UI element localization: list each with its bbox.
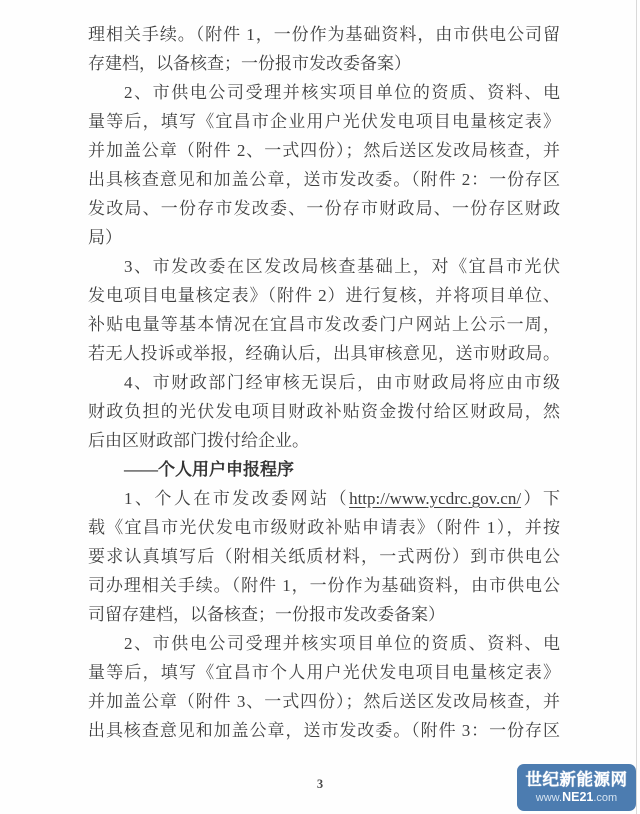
text-segment: 存建档，以备核查；一份报市发改委备案） bbox=[88, 54, 411, 73]
text-segment: 2、市供电公司受理并核实项目单位的资质、资料、电 bbox=[124, 634, 560, 653]
site-watermark-badge: 世纪新能源网 www.NE21.com bbox=[517, 764, 636, 811]
text-line: 司留存建档，以备核查；一份报市发改委备案） bbox=[88, 600, 560, 629]
hyperlink-url[interactable]: http://www.ycdrc.gov.cn/ bbox=[349, 489, 521, 508]
text-segment: 发电项目电量核定表》（附件 2）进行复核，并将项目单位、 bbox=[88, 286, 560, 305]
text-segment: 出具核查意见和加盖公章，送市发改委。（附件 3：一份存区 bbox=[88, 721, 560, 740]
text-segment: 量等后，填写《宜昌市企业用户光伏发电项目电量核定表》 bbox=[88, 112, 560, 131]
watermark-site-name: 世纪新能源网 bbox=[526, 771, 628, 790]
text-line: 2、市供电公司受理并核实项目单位的资质、资料、电 bbox=[88, 629, 560, 658]
text-line: 并加盖公章（附件 3、一式四份）；然后送区发改局核查，并 bbox=[88, 687, 560, 716]
text-segment: 理相关手续。（附件 1，一份作为基础资料，由市供电公司留 bbox=[88, 25, 560, 44]
text-segment: 2、市供电公司受理并核实项目单位的资质、资料、电 bbox=[124, 83, 560, 102]
text-line: 发电项目电量核定表》（附件 2）进行复核，并将项目单位、 bbox=[88, 281, 560, 310]
text-segment: 发改局、一份存市发改委、一份存市财政局、一份存区财政 bbox=[88, 199, 560, 218]
scanned-document-page: 理相关手续。（附件 1，一份作为基础资料，由市供电公司留存建档，以备核查；一份报… bbox=[0, 0, 640, 814]
text-line: 2、市供电公司受理并核实项目单位的资质、资料、电 bbox=[88, 78, 560, 107]
document-text-block: 理相关手续。（附件 1，一份作为基础资料，由市供电公司留存建档，以备核查；一份报… bbox=[88, 20, 560, 745]
text-line: 量等后，填写《宜昌市企业用户光伏发电项目电量核定表》 bbox=[88, 107, 560, 136]
text-segment: 并加盖公章（附件 2、一式四份）；然后送区发改局核查，并 bbox=[88, 141, 560, 160]
watermark-site-url: www.NE21.com bbox=[536, 790, 617, 805]
text-line: 存建档，以备核查；一份报市发改委备案） bbox=[88, 49, 560, 78]
text-line: 4、市财政部门经审核无误后，由市财政局将应由市级 bbox=[88, 368, 560, 397]
text-line: 3、市发改委在区发改局核查基础上，对《宜昌市光伏 bbox=[88, 252, 560, 281]
text-line: 后由区财政部门拨付给企业。 bbox=[88, 426, 560, 455]
text-segment: 出具核查意见和加盖公章，送市发改委。（附件 2：一份存区 bbox=[88, 170, 560, 189]
watermark-url-tld: .com bbox=[593, 792, 617, 804]
scan-edge-line bbox=[636, 0, 637, 814]
text-line: 并加盖公章（附件 2、一式四份）；然后送区发改局核查，并 bbox=[88, 136, 560, 165]
text-line: 司办理相关手续。（附件 1，一份作为基础资料，由市供电公 bbox=[88, 571, 560, 600]
text-segment: 量等后，填写《宜昌市个人用户光伏发电项目电量核定表》 bbox=[88, 663, 560, 682]
text-line: 理相关手续。（附件 1，一份作为基础资料，由市供电公司留 bbox=[88, 20, 560, 49]
text-line: 出具核查意见和加盖公章，送市发改委。（附件 2：一份存区 bbox=[88, 165, 560, 194]
text-segment: 要求认真填写后（附相关纸质材料，一式两份）到市供电公 bbox=[88, 547, 560, 566]
text-line: 量等后，填写《宜昌市个人用户光伏发电项目电量核定表》 bbox=[88, 658, 560, 687]
text-line: 若无人投诉或举报，经确认后，出具审核意见，送市财政局。 bbox=[88, 339, 560, 368]
text-line: 1、个人在市发改委网站（http://www.ycdrc.gov.cn/）下 bbox=[88, 484, 560, 513]
text-segment: 4、市财政部门经审核无误后，由市财政局将应由市级 bbox=[124, 373, 560, 392]
text-segment: ——个人用户申报程序 bbox=[124, 460, 294, 479]
text-line: 载《宜昌市光伏发电市级财政补贴申请表》（附件 1），并按 bbox=[88, 513, 560, 542]
watermark-url-www: www. bbox=[536, 792, 562, 804]
text-segment: 司留存建档，以备核查；一份报市发改委备案） bbox=[88, 605, 445, 624]
text-segment: 3、市发改委在区发改局核查基础上，对《宜昌市光伏 bbox=[124, 257, 560, 276]
text-segment: 并加盖公章（附件 3、一式四份）；然后送区发改局核查，并 bbox=[88, 692, 560, 711]
text-line: 局） bbox=[88, 223, 560, 252]
text-line: 财政负担的光伏发电项目财政补贴资金拨付给区财政局，然 bbox=[88, 397, 560, 426]
text-line: 要求认真填写后（附相关纸质材料，一式两份）到市供电公 bbox=[88, 542, 560, 571]
text-segment: 若无人投诉或举报，经确认后，出具审核意见，送市财政局。 bbox=[88, 344, 560, 363]
text-segment: 局） bbox=[88, 228, 122, 247]
text-segment: 补贴电量等基本情况在宜昌市发改委门户网站上公示一周， bbox=[88, 315, 560, 334]
section-heading: ——个人用户申报程序 bbox=[88, 455, 560, 484]
text-line: 出具核查意见和加盖公章，送市发改委。（附件 3：一份存区 bbox=[88, 716, 560, 745]
text-segment: 财政负担的光伏发电项目财政补贴资金拨付给区财政局，然 bbox=[88, 402, 560, 421]
text-line: 补贴电量等基本情况在宜昌市发改委门户网站上公示一周， bbox=[88, 310, 560, 339]
text-segment: 载《宜昌市光伏发电市级财政补贴申请表》（附件 1），并按 bbox=[88, 518, 560, 537]
text-segment: 1、个人在市发改委网站（ bbox=[124, 489, 349, 508]
text-line: 发改局、一份存市发改委、一份存市财政局、一份存区财政 bbox=[88, 194, 560, 223]
text-segment: 后由区财政部门拨付给企业。 bbox=[88, 431, 309, 450]
text-segment: ）下 bbox=[521, 489, 560, 508]
text-segment: 司办理相关手续。（附件 1，一份作为基础资料，由市供电公 bbox=[88, 576, 560, 595]
watermark-url-domain: NE21 bbox=[562, 790, 593, 804]
